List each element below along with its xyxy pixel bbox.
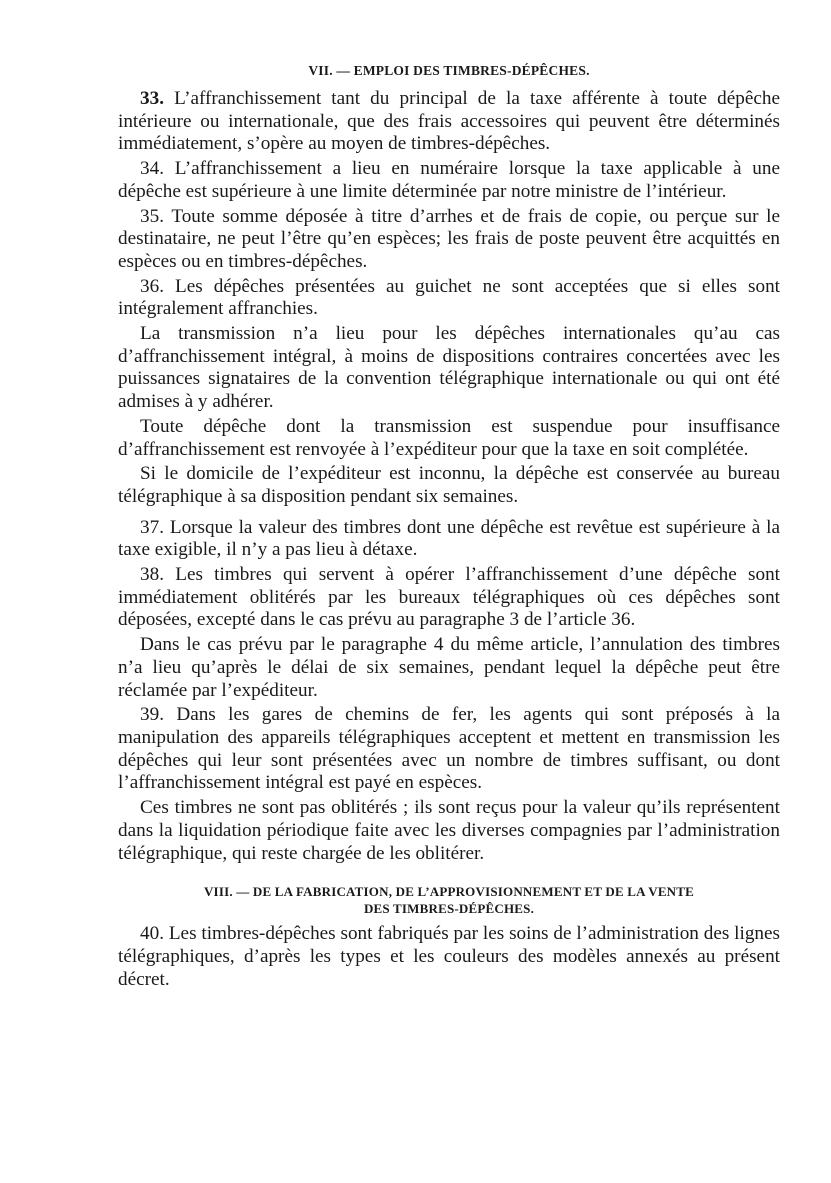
article-35: 35. Toute somme déposée à titre d’arrhes… [118, 206, 780, 274]
paragraph-text: Ces timbres ne sont pas oblitérés ; ils … [118, 797, 780, 863]
document-page: VII. — EMPLOI DES TIMBRES-DÉPÊCHES. 33. … [118, 58, 780, 993]
article-text: L’affranchissement a lieu en numéraire l… [118, 158, 780, 202]
paragraph-text: Si le domicile de l’expéditeur est incon… [118, 463, 780, 507]
article-number: 39. [140, 704, 164, 725]
article-text: Lorsque la valeur des timbres dont une d… [118, 517, 780, 561]
article-39-paragraph-2: Ces timbres ne sont pas oblitérés ; ils … [118, 797, 780, 865]
article-39: 39. Dans les gares de chemins de fer, le… [118, 704, 780, 795]
article-34: 34. L’affranchissement a lieu en numérai… [118, 158, 780, 203]
article-38: 38. Les timbres qui servent à opérer l’a… [118, 564, 780, 632]
article-37: 37. Lorsque la valeur des timbres dont u… [118, 517, 780, 562]
paragraph-text: Dans le cas prévu par le paragraphe 4 du… [118, 634, 780, 700]
article-text: Les timbres-dépêches sont fabriqués par … [118, 923, 780, 989]
article-text: Les dépêches présentées au guichet ne so… [118, 276, 780, 320]
article-text: Dans les gares de chemins de fer, les ag… [118, 704, 780, 793]
article-text: L’affranchissement tant du principal de … [118, 88, 780, 154]
paragraph-text: La transmission n’a lieu pour les dépêch… [118, 323, 780, 412]
section-heading-viii: VIII. — DE LA FABRICATION, DE L’APPROVIS… [118, 883, 780, 917]
article-number: 35. [140, 206, 164, 227]
article-36-paragraph-2: La transmission n’a lieu pour les dépêch… [118, 323, 780, 414]
article-33: 33. L’affranchissement tant du principal… [118, 88, 780, 156]
article-36-paragraph-3: Toute dépêche dont la transmission est s… [118, 416, 780, 461]
article-40: 40. Les timbres-dépêches sont fabriqués … [118, 923, 780, 991]
article-number: 36. [140, 276, 164, 297]
paragraph-text: Toute dépêche dont la transmission est s… [118, 416, 780, 460]
article-38-paragraph-2: Dans le cas prévu par le paragraphe 4 du… [118, 634, 780, 702]
article-number: 37. [140, 517, 164, 538]
article-number: 40. [140, 923, 164, 944]
section-heading-viii-line2: DES TIMBRES-DÉPÊCHES. [118, 900, 780, 917]
article-number: 33. [140, 88, 164, 109]
section-heading-vii: VII. — EMPLOI DES TIMBRES-DÉPÊCHES. [118, 62, 780, 80]
section-heading-viii-line1: VIII. — DE LA FABRICATION, DE L’APPROVIS… [118, 883, 780, 900]
article-number: 34. [140, 158, 164, 179]
article-36: 36. Les dépêches présentées au guichet n… [118, 276, 780, 321]
article-36-paragraph-4: Si le domicile de l’expéditeur est incon… [118, 463, 780, 508]
article-number: 38. [140, 564, 164, 585]
article-text: Les timbres qui servent à opérer l’affra… [118, 564, 780, 630]
article-text: Toute somme déposée à titre d’arrhes et … [118, 206, 780, 272]
